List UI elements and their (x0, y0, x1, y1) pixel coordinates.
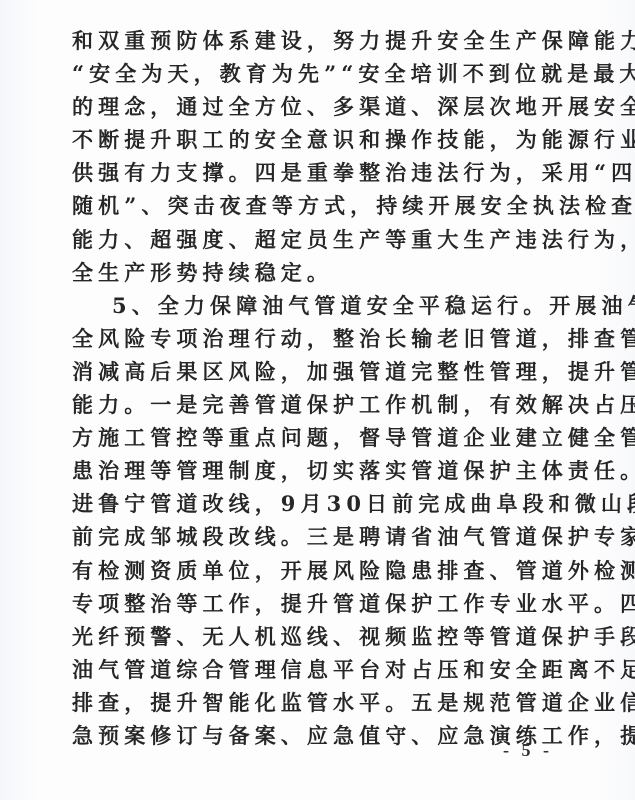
text-line: 和双重预防体系建设，努力提升安全生产保障能力。三是倡树 (72, 24, 552, 57)
text-line: 油气管道综合管理信息平台对占压和安全距离不足等隐患进行 (72, 653, 552, 686)
text-line: 排查，提升智能化监管水平。五是规范管道企业信息报告、应 (72, 686, 552, 719)
body-text: 和双重预防体系建设，努力提升安全生产保障能力。三是倡树 “安全为天，教育为先”“… (72, 24, 552, 752)
text-line: 进鲁宁管道改线，9月30日前完成曲阜段和微山段改线，年底 (72, 487, 552, 520)
document-page: 和双重预防体系建设，努力提升安全生产保障能力。三是倡树 “安全为天，教育为先”“… (0, 0, 635, 800)
text-line: 全风险专项治理行动，整治长输老旧管道，排查管道外部隐患， (72, 322, 552, 355)
text-line: 患治理等管理制度，切实落实管道保护主体责任。二是加快推 (72, 454, 552, 487)
text-line: 专项整治等工作，提升管道保护工作专业水平。四是综合运用 (72, 587, 552, 620)
text-line: 全生产形势持续稳定。 (72, 256, 552, 289)
text-line: 能力。一是完善管道保护工作机制，有效解决占压清理、第三 (72, 388, 552, 421)
text-line: 随机”、突击夜查等方式，持续开展安全执法检查，严厉打击超 (72, 189, 552, 222)
text-line: 方施工管控等重点问题，督导管道企业建立健全管道巡护、隐 (72, 421, 552, 454)
section-heading-line: 5、全力保障油气管道安全平稳运行。开展油气长输管道安 (72, 289, 552, 322)
text-line: 光纤预警、无人机巡线、视频监控等管道保护手段，利用全省 (72, 620, 552, 653)
text-line: 的理念，通过全方位、多渠道、深层次地开展安全教育培训， (72, 90, 552, 123)
text-line: 不断提升职工的安全意识和操作技能，为能源行业安全生产提 (72, 123, 552, 156)
text-line: 供强有力支撑。四是重拳整治违法行为，采用“四不两直”、“双 (72, 156, 552, 189)
text-line: 能力、超强度、超定员生产等重大生产违法行为，确保煤矿安 (72, 223, 552, 256)
text-line: 消减高后果区风险，加强管道完整性管理，提升管道保护工作 (72, 355, 552, 388)
page-number: - 5 - (478, 740, 578, 761)
text-line: 前完成邹城段改线。三是聘请省油气管道保护专家库专家和具 (72, 520, 552, 553)
text-line: “安全为天，教育为先”“安全培训不到位就是最大安全隐患” (72, 57, 552, 90)
text-line: 有检测资质单位，开展风险隐患排查、管道外检测、高后果区 (72, 554, 552, 587)
